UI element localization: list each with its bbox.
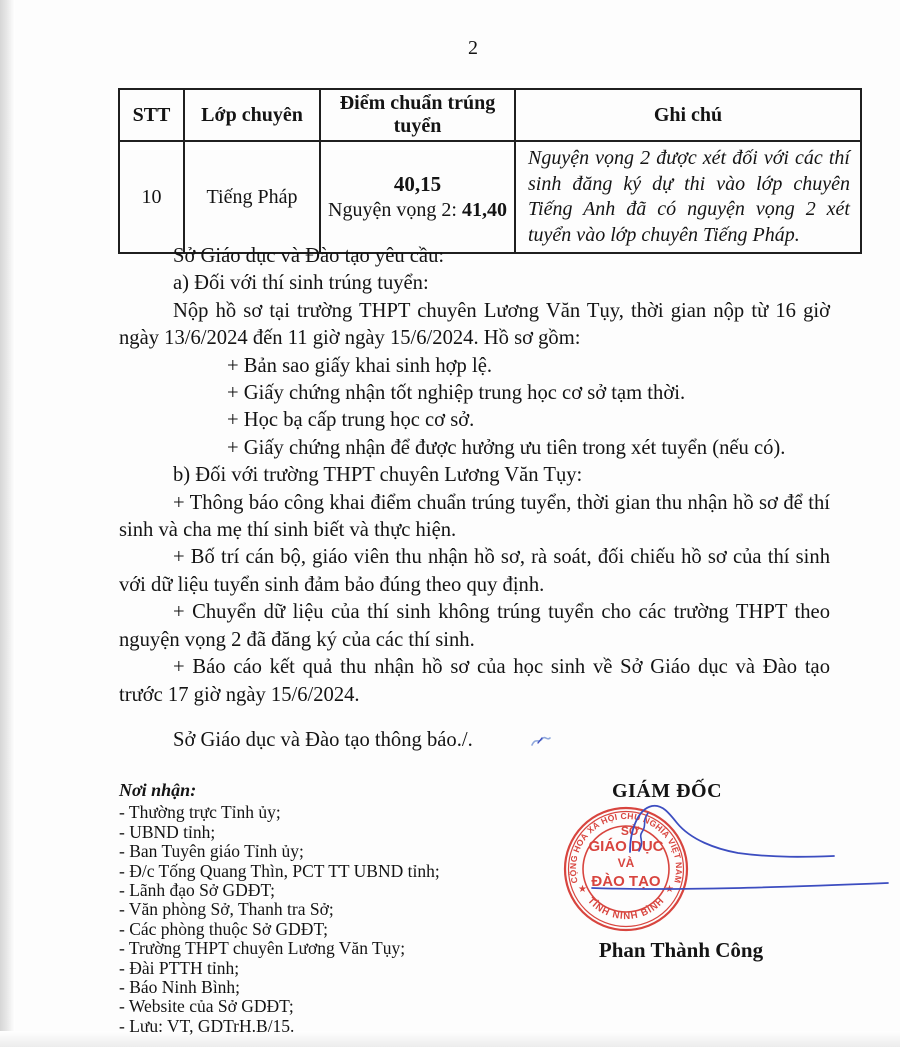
score-nv2-value: 41,40 bbox=[462, 199, 507, 221]
recipient-line: - Lãnh đạo Sở GDĐT; bbox=[119, 881, 449, 900]
recipient-line: - Báo Ninh Bình; bbox=[119, 978, 449, 997]
intro-line: Sở Giáo dục và Đào tạo yêu cầu: bbox=[119, 243, 830, 270]
item-a-3: + Học bạ cấp trung học cơ sở. bbox=[119, 407, 830, 434]
recipient-line: - UBND tỉnh; bbox=[119, 823, 449, 842]
cell-lop-chuyen: Tiếng Pháp bbox=[184, 141, 320, 253]
recipient-line: - Thường trực Tỉnh ủy; bbox=[119, 803, 449, 822]
pen-initial-mark bbox=[475, 729, 553, 756]
paragraph-nop-ho-so: Nộp hồ sơ tại trường THPT chuyên Lương V… bbox=[119, 298, 830, 353]
score-nv2: Nguyện vọng 2: 41,40 bbox=[325, 197, 510, 223]
recipient-line: - Website của Sở GDĐT; bbox=[119, 997, 449, 1016]
closing-line: Sở Giáo dục và Đào tạo thông báo./. bbox=[119, 727, 830, 756]
recipient-line: - Ban Tuyên giáo Tỉnh ủy; bbox=[119, 842, 449, 861]
item-b-2: + Bố trí cán bộ, giáo viên thu nhận hồ s… bbox=[119, 544, 830, 599]
recipients-title: Nơi nhận: bbox=[119, 781, 449, 800]
header-diem-chuan: Điểm chuẩn trúng tuyển bbox=[320, 89, 515, 141]
item-b-3: + Chuyển dữ liệu của thí sinh không trún… bbox=[119, 599, 830, 654]
item-b-4: + Báo cáo kết quả thu nhận hồ sơ của học… bbox=[119, 654, 830, 709]
page-left-edge-shading bbox=[0, 0, 15, 1047]
section-a-heading: a) Đối với thí sinh trúng tuyển: bbox=[119, 270, 830, 297]
cell-ghi-chu: Nguyện vọng 2 được xét đối với các thí s… bbox=[515, 141, 861, 253]
cell-stt: 10 bbox=[119, 141, 184, 253]
recipient-line: - Các phòng thuộc Sở GDĐT; bbox=[119, 920, 449, 939]
table-row: 10 Tiếng Pháp 40,15 Nguyện vọng 2: 41,40… bbox=[119, 141, 861, 253]
section-b-heading: b) Đối với trường THPT chuyên Lương Văn … bbox=[119, 462, 830, 489]
score-main: 40,15 bbox=[325, 171, 510, 197]
body-text: Sở Giáo dục và Đào tạo yêu cầu: a) Đối v… bbox=[119, 243, 830, 756]
recipients-block: Nơi nhận: - Thường trực Tỉnh ủy; - UBND … bbox=[119, 781, 449, 1036]
cell-diem-chuan: 40,15 Nguyện vọng 2: 41,40 bbox=[320, 141, 515, 253]
document-page: 2 STT Lớp chuyên Điểm chuẩn trúng tuyển … bbox=[0, 0, 900, 1047]
score-nv2-label: Nguyện vọng 2: bbox=[328, 199, 462, 221]
item-a-2: + Giấy chứng nhận tốt nghiệp trung học c… bbox=[119, 380, 830, 407]
item-a-4: + Giấy chứng nhận để được hưởng ưu tiên … bbox=[119, 435, 830, 462]
item-a-1: + Bản sao giấy khai sinh hợp lệ. bbox=[119, 353, 830, 380]
item-b-1: + Thông báo công khai điểm chuẩn trúng t… bbox=[119, 490, 830, 545]
recipient-line: - Văn phòng Sở, Thanh tra Sở; bbox=[119, 900, 449, 919]
table-header-row: STT Lớp chuyên Điểm chuẩn trúng tuyển Gh… bbox=[119, 89, 861, 141]
header-stt: STT bbox=[119, 89, 184, 141]
recipient-line: - Lưu: VT, GDTrH.B/15. bbox=[119, 1017, 449, 1036]
header-ghi-chu: Ghi chú bbox=[515, 89, 861, 141]
director-signature bbox=[556, 795, 900, 912]
page-number: 2 bbox=[118, 37, 828, 60]
admission-score-table: STT Lớp chuyên Điểm chuẩn trúng tuyển Gh… bbox=[118, 88, 862, 254]
recipient-line: - Đ/c Tống Quang Thìn, PCT TT UBND tỉnh; bbox=[119, 862, 449, 881]
signer-name: Phan Thành Công bbox=[570, 938, 792, 963]
header-lop-chuyen: Lớp chuyên bbox=[184, 89, 320, 141]
closing-text: Sở Giáo dục và Đào tạo thông báo./. bbox=[173, 729, 473, 751]
recipient-line: - Đài PTTH tỉnh; bbox=[119, 959, 449, 978]
recipient-line: - Trường THPT chuyên Lương Văn Tụy; bbox=[119, 939, 449, 958]
